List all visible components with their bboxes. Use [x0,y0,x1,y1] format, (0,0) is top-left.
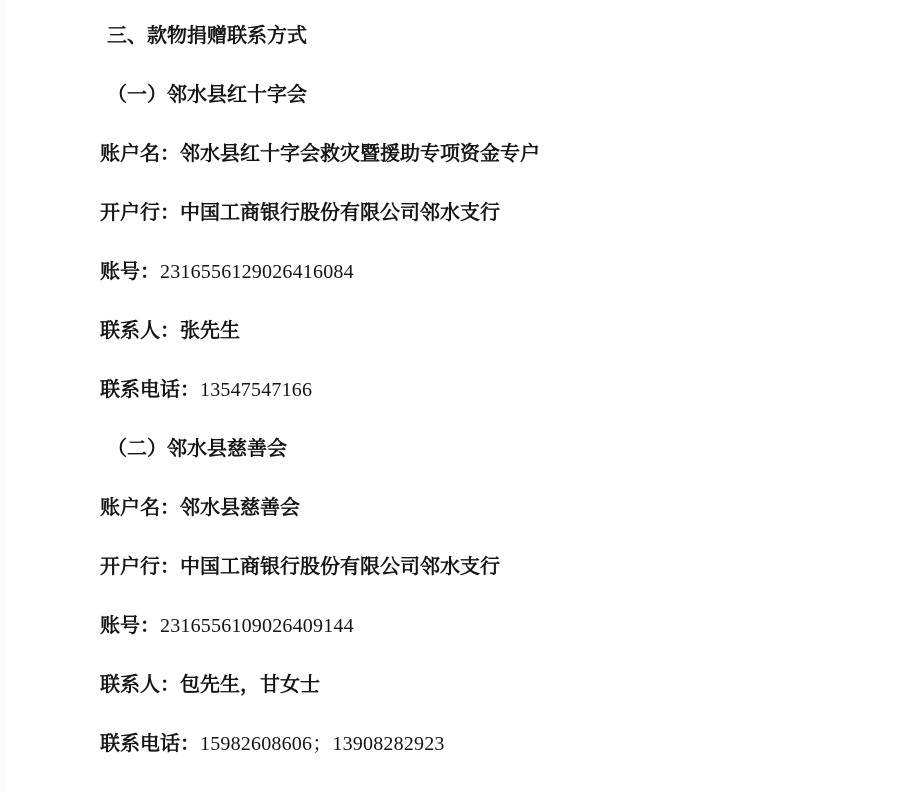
field-phone-1: 联系电话：13547547166 [100,380,870,400]
field-label: 开户行： [100,556,180,578]
field-label: 联系电话： [100,379,200,401]
field-label: 联系人： [100,320,180,342]
field-value: 13547547166 [200,379,312,401]
field-value: 15982608606；13908282923 [200,733,445,755]
page-left-edge [0,0,6,792]
field-label: 联系人： [100,674,180,696]
field-value: 包先生，甘女士 [180,674,320,696]
field-account-number-2: 账号：2316556109026409144 [100,616,870,636]
field-contact-person-2: 联系人：包先生，甘女士 [100,675,870,695]
field-value: 2316556109026409144 [160,615,354,637]
field-value: 中国工商银行股份有限公司邻水支行 [180,202,500,224]
field-phone-2: 联系电话：15982608606；13908282923 [100,734,870,754]
field-value: 中国工商银行股份有限公司邻水支行 [180,556,500,578]
field-contact-person-1: 联系人：张先生 [100,321,870,341]
subsection-2-heading: （二）邻水县慈善会 [107,439,870,459]
field-value: 邻水县慈善会 [180,497,300,519]
field-account-number-1: 账号：2316556129026416084 [100,262,870,282]
field-account-name-2: 账户名：邻水县慈善会 [100,498,870,518]
field-bank-2: 开户行：中国工商银行股份有限公司邻水支行 [100,557,870,577]
section-title: 三、款物捐赠联系方式 [107,26,870,46]
field-label: 账号： [100,615,160,637]
subsection-1-heading: （一）邻水县红十字会 [107,85,870,105]
field-value: 张先生 [180,320,240,342]
field-label: 联系电话： [100,733,200,755]
field-bank-1: 开户行：中国工商银行股份有限公司邻水支行 [100,203,870,223]
field-label: 账户名： [100,497,180,519]
field-label: 账户名： [100,143,180,165]
field-value: 2316556129026416084 [160,261,354,283]
document-content: 三、款物捐赠联系方式 （一）邻水县红十字会 账户名：邻水县红十字会救灾暨援助专项… [100,26,870,792]
field-account-name-1: 账户名：邻水县红十字会救灾暨援助专项资金专户 [100,144,870,164]
document-page: 三、款物捐赠联系方式 （一）邻水县红十字会 账户名：邻水县红十字会救灾暨援助专项… [0,0,900,792]
field-label: 开户行： [100,202,180,224]
field-value: 邻水县红十字会救灾暨援助专项资金专户 [180,143,540,165]
field-label: 账号： [100,261,160,283]
